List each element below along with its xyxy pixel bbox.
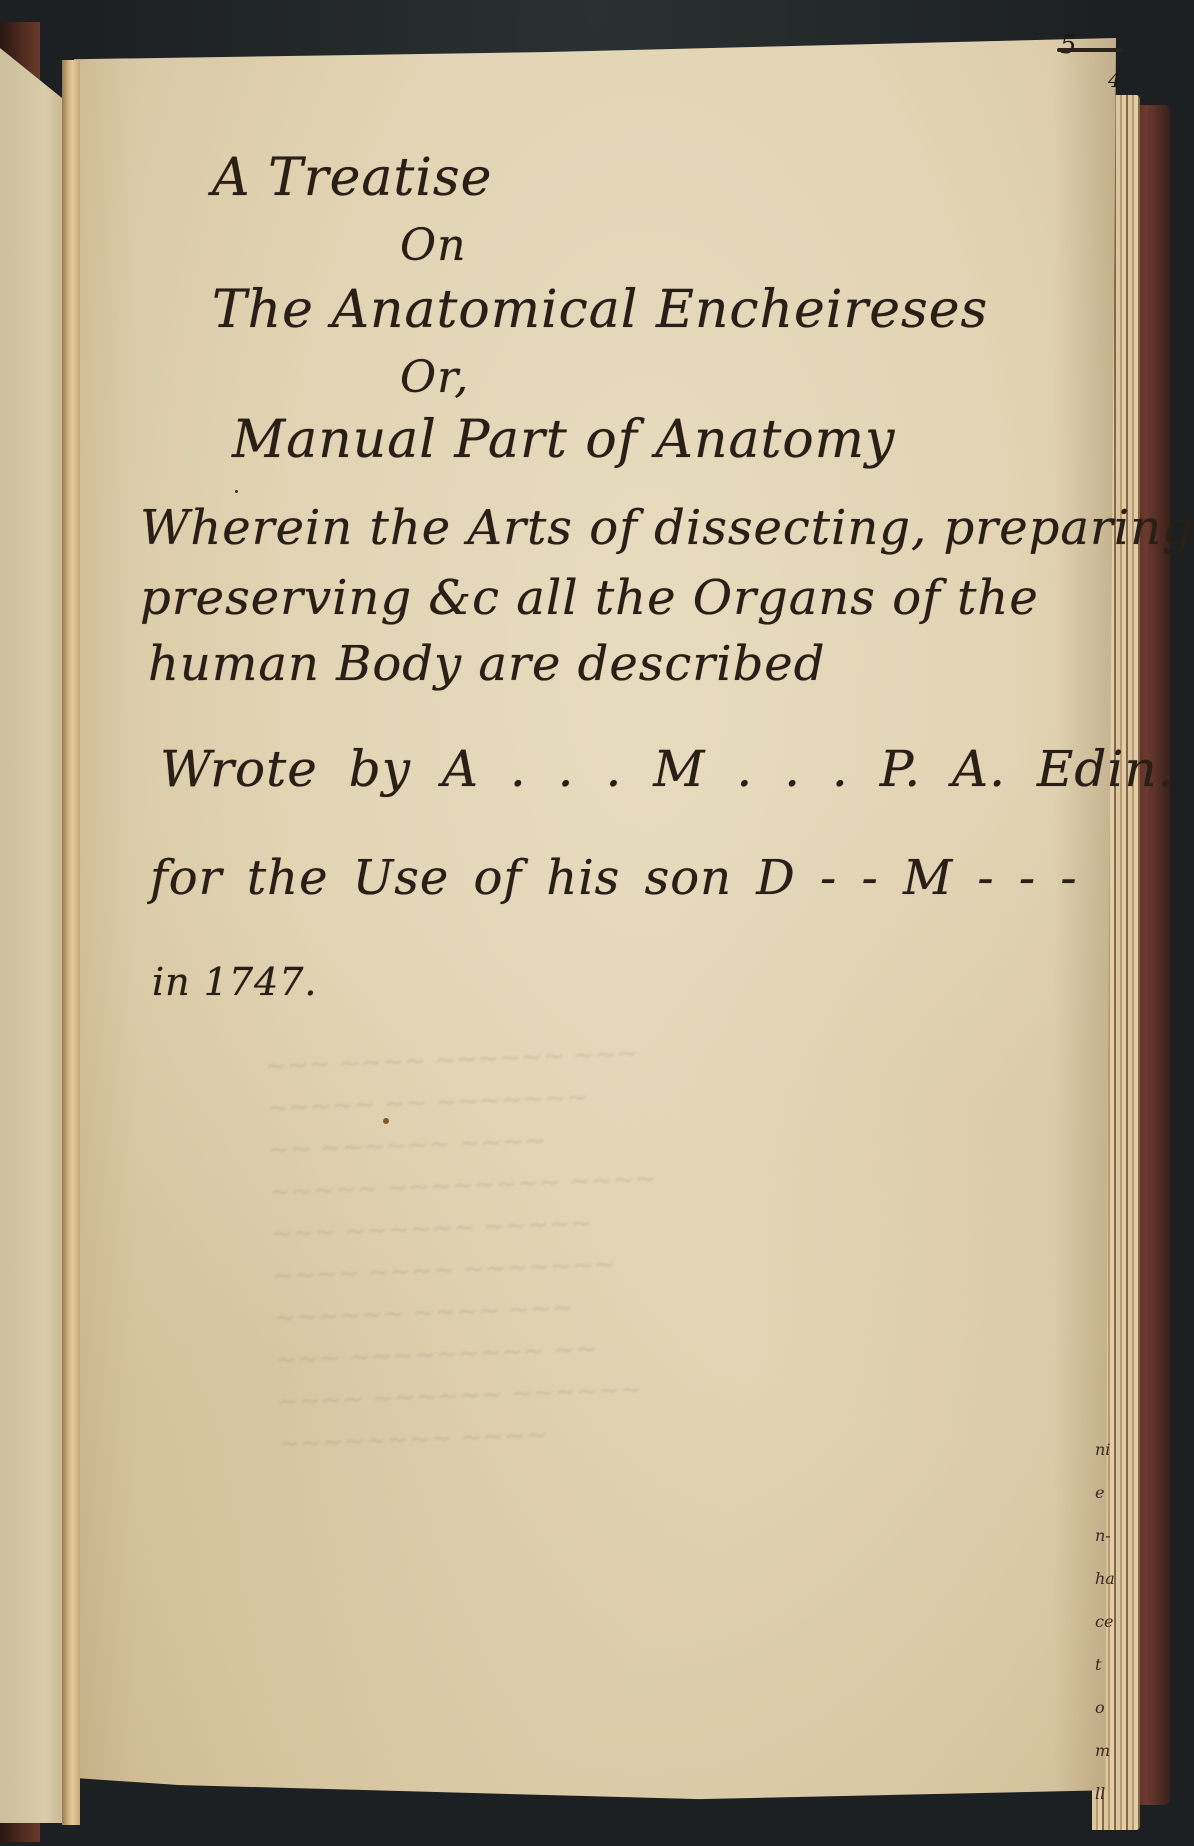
margin-fragment: ll: [1095, 1784, 1125, 1803]
description-line-3: human Body are described: [148, 636, 825, 692]
folio-number: 5: [1060, 30, 1077, 60]
author-line: Wrote by A . . . M . . . P. A. Edin.: [160, 740, 1174, 798]
date-line: in 1747.: [152, 960, 318, 1004]
book-gutter: [62, 60, 80, 1825]
title-line-treatise: A Treatise: [212, 148, 492, 208]
margin-fragment: ce: [1095, 1612, 1125, 1631]
margin-fragment: n-: [1095, 1526, 1125, 1545]
margin-fragment: ni: [1095, 1440, 1125, 1459]
facing-page-left: [0, 48, 66, 1823]
margin-fragments: ni e n- ha ce t o m ll: [1095, 1440, 1125, 1803]
title-line-or: Or,: [400, 352, 469, 403]
margin-fragment: ha: [1095, 1569, 1125, 1588]
title-line-on: On: [400, 220, 466, 271]
bleed-through-text: ~~~ ~~~~ ~~~~~~ ~~~~~~~~ ~~ ~~~~~~~~~ ~~…: [264, 1031, 703, 1605]
folio-secondary-mark: 4: [1108, 68, 1121, 92]
margin-fragment: e: [1095, 1483, 1125, 1502]
dedication-line: for the Use of his son D - - M - - -: [150, 850, 1078, 906]
margin-fragment: m: [1095, 1741, 1125, 1760]
description-line-2: preserving &c all the Organs of the: [140, 570, 1039, 626]
description-line-1: Wherein the Arts of dissecting, preparin…: [140, 500, 1194, 556]
ink-spot: [383, 1118, 389, 1124]
folio-underline: [1057, 48, 1123, 52]
ink-dot: [235, 490, 238, 493]
margin-fragment: t: [1095, 1655, 1125, 1674]
margin-fragment: o: [1095, 1698, 1125, 1717]
title-line-encheireses: The Anatomical Encheireses: [212, 280, 988, 340]
title-line-manual-part: Manual Part of Anatomy: [232, 410, 895, 470]
